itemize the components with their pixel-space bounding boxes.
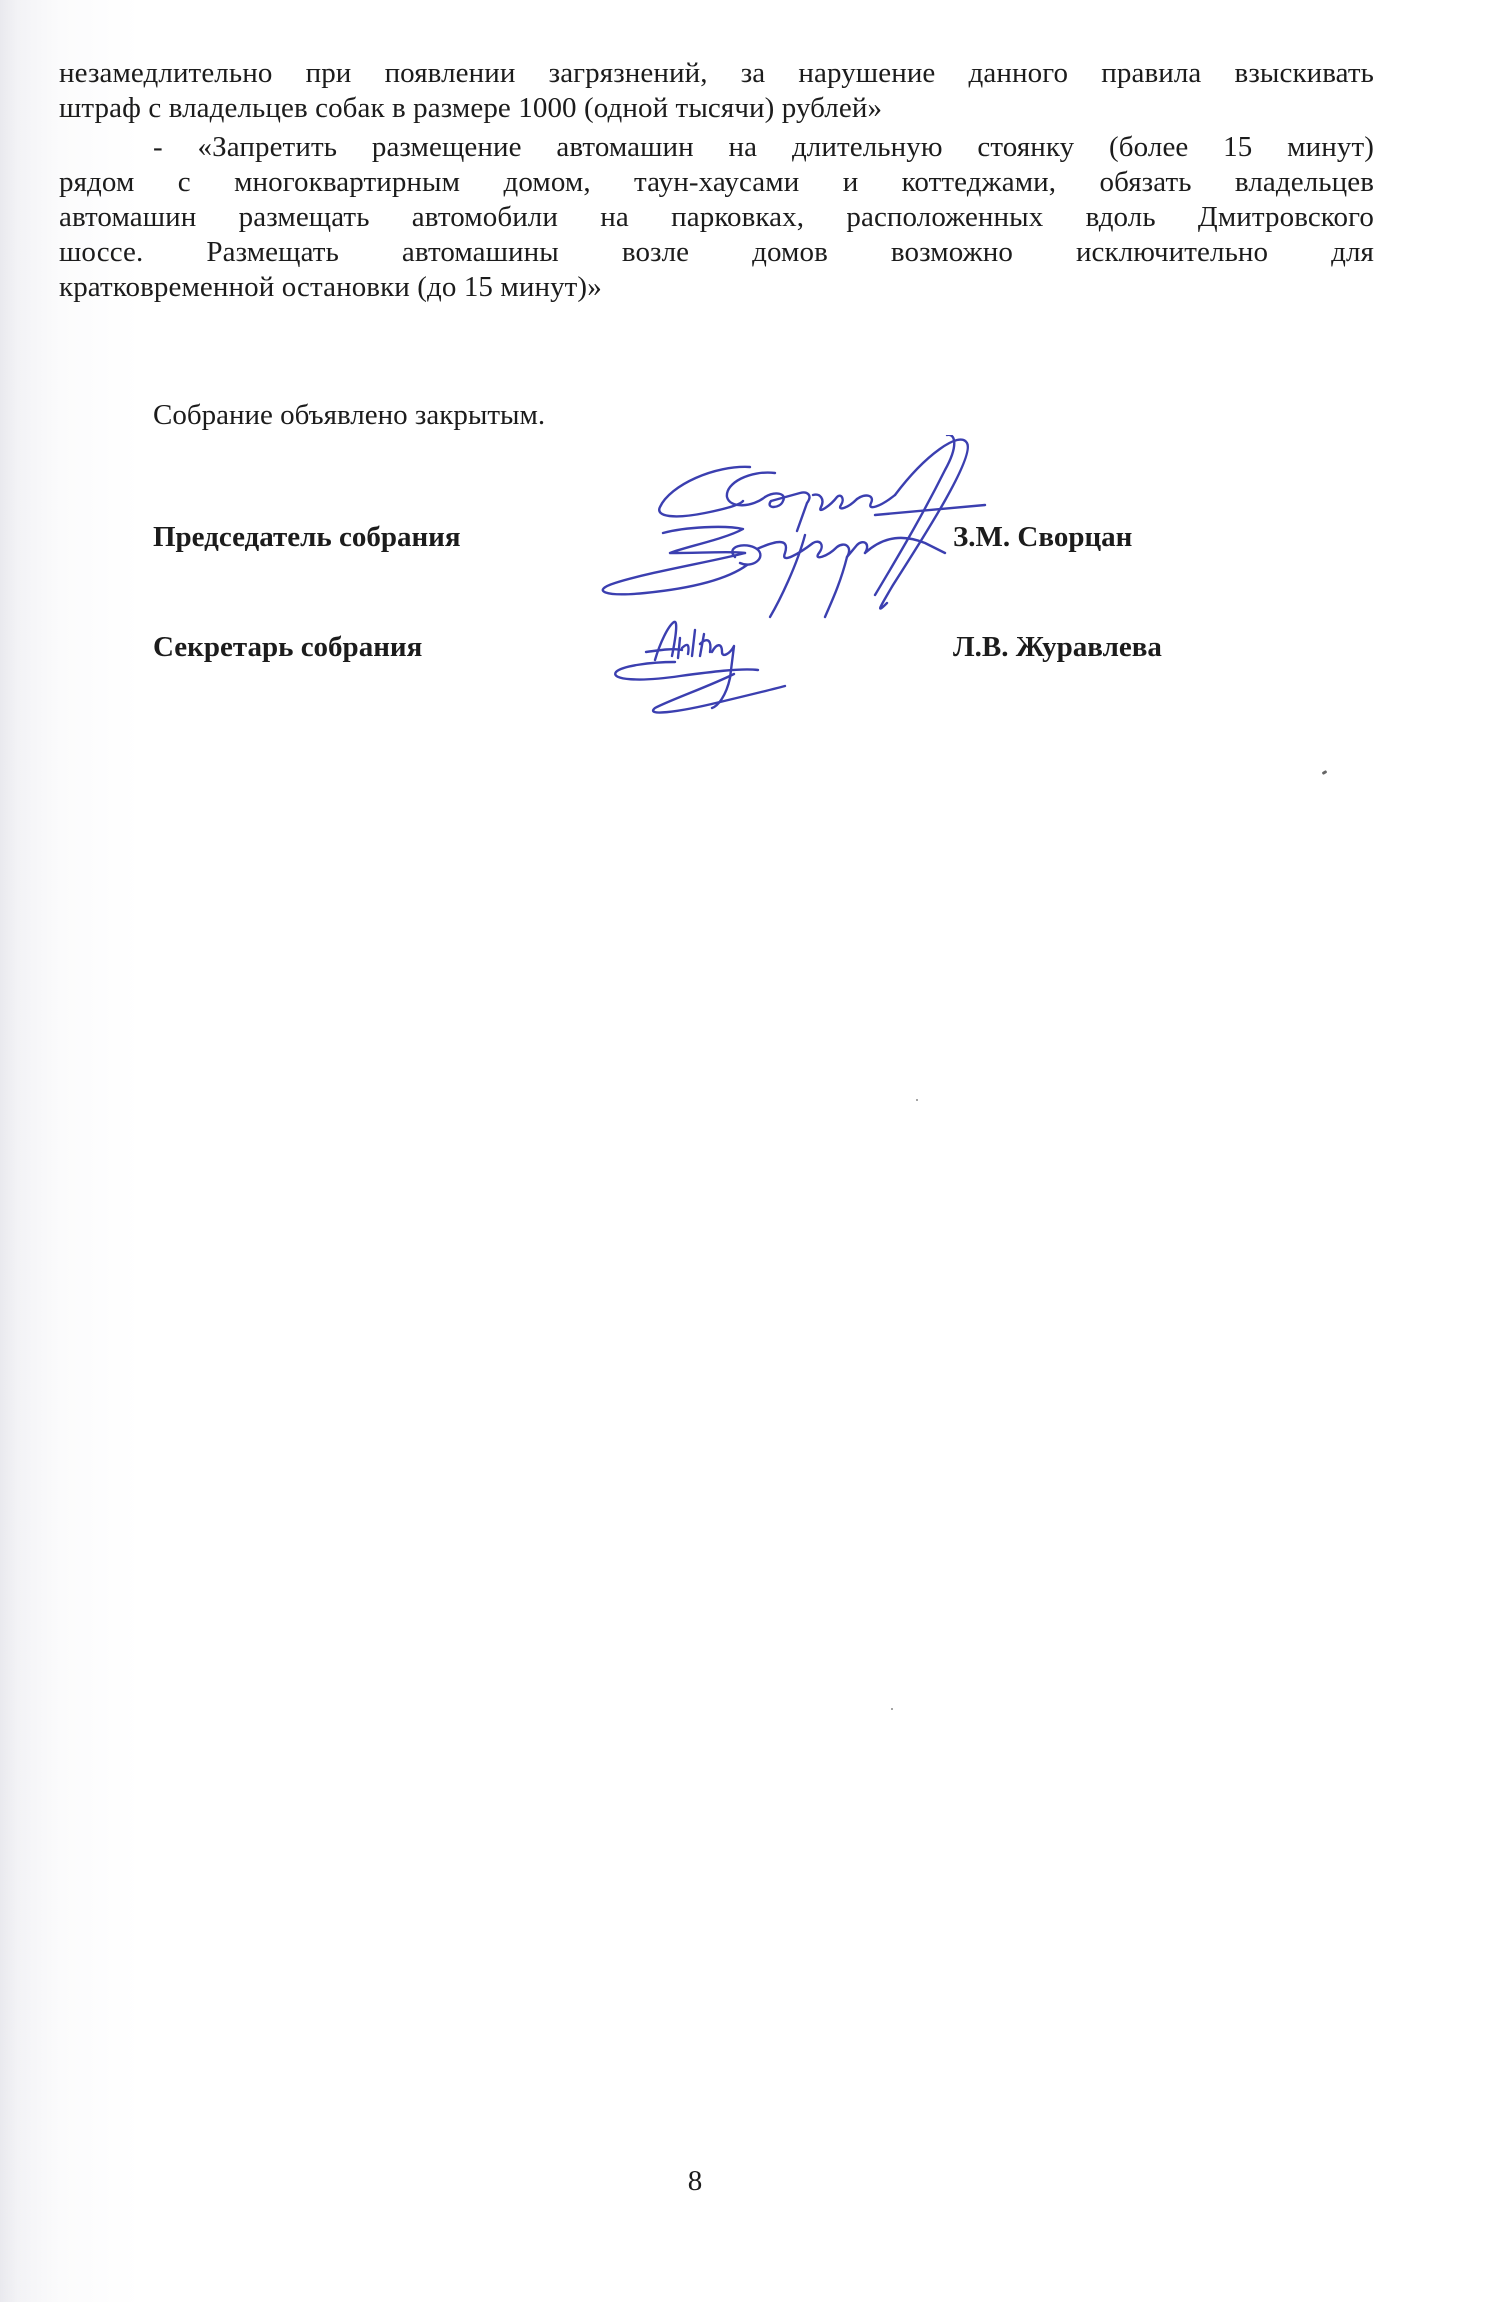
page-number: 8: [0, 2164, 1390, 2198]
scan-speck: [891, 1708, 893, 1710]
text-line-5: автомашин размещать автомобили на парков…: [59, 200, 1374, 234]
chairman-name: З.М. Сворцан: [953, 520, 1132, 554]
scan-speck: [1322, 770, 1328, 775]
secretary-signature: [600, 608, 800, 723]
text-line-7: кратковременной остановки (до 15 минут)»: [59, 270, 1374, 304]
secretary-name: Л.В. Журавлева: [953, 630, 1162, 664]
chairman-signature: [575, 435, 995, 625]
text-line-4: рядом с многоквартирным домом, таун-хаус…: [59, 165, 1374, 199]
text-line-1: незамедлительно при появлении загрязнени…: [59, 56, 1374, 90]
scan-speck: [916, 1099, 918, 1101]
secretary-role-label: Секретарь собрания: [153, 630, 422, 664]
text-line-3: - «Запретить размещение автомашин на дли…: [153, 130, 1374, 164]
document-page: незамедлительно при появлении загрязнени…: [0, 0, 1500, 2302]
text-line-6: шоссе. Размещать автомашины возле домов …: [59, 235, 1374, 269]
chairman-role-label: Председатель собрания: [153, 520, 461, 554]
closing-statement: Собрание объявлено закрытым.: [153, 398, 545, 432]
text-line-2: штраф с владельцев собак в размере 1000 …: [59, 91, 1374, 125]
